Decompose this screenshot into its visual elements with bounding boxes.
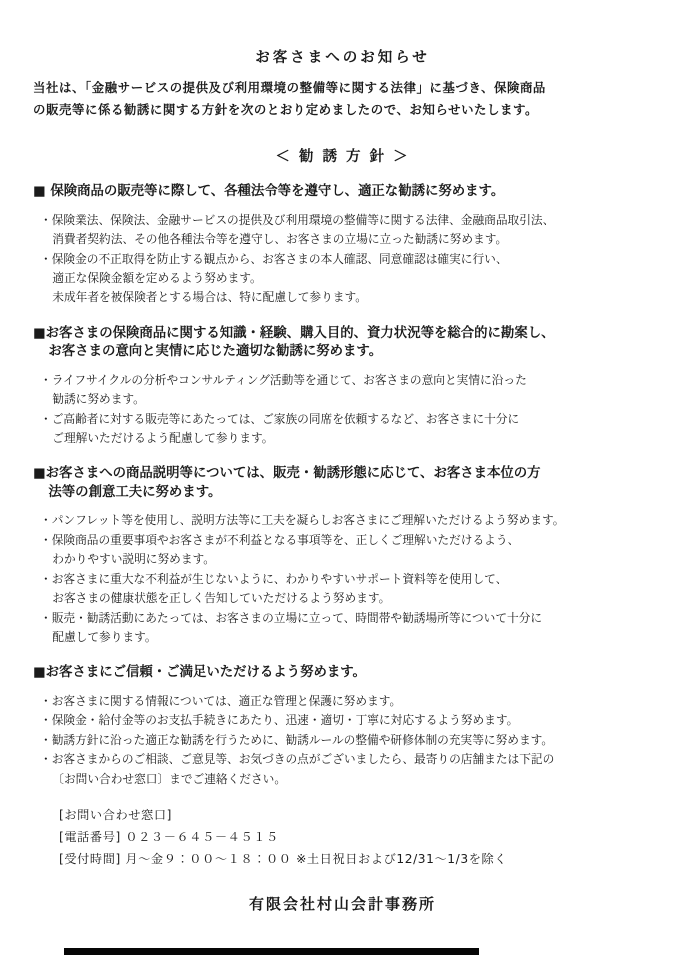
contact-block: [お問い合わせ窓口] [電話番号] ０２３－６４５－４５１５ [受付時間] 月～… xyxy=(59,804,652,871)
section-heading: ■お客さまにご信頼・ご満足いただけるよう努めます。 xyxy=(33,664,652,683)
bullet-item: ・ご高齢者に対する販売等にあたっては、ご家族の同席を依頼するなど、お客さまに十分… xyxy=(40,410,652,449)
bullet-item: ・勧誘方針に沿った適正な勧誘を行うために、勧誘ルールの整備や研修体制の充実等に努… xyxy=(40,731,652,750)
hours-label: [受付時間] xyxy=(59,852,121,866)
bullet-item: ・お客さまに関する情報については、適正な管理と保護に努めます。 xyxy=(40,692,652,711)
policy-heading: ＜ 勧 誘 方 針 ＞ xyxy=(33,145,652,166)
company-name: 有限会社村山会計事務所 xyxy=(33,893,652,914)
policy-sections: ■ 保険商品の販売等に際して、各種法令等を遵守し、適正な勧誘に努めます。 ・保険… xyxy=(33,183,652,789)
phone-label: [電話番号] xyxy=(59,830,121,844)
hours-value: 月～金９：００～１８：００ ※土日祝日および12/31～1/3を除く xyxy=(125,852,507,866)
section-heading: ■お客さまへの商品説明等については、販売・勧誘形態に応じて、お客さま本位の方 法… xyxy=(33,465,652,502)
scan-artifact-bar xyxy=(64,948,479,955)
contact-window-label: [お問い合わせ窓口] xyxy=(59,804,652,826)
policy-section: ■お客さまにご信頼・ご満足いただけるよう努めます。 ・お客さまに関する情報につい… xyxy=(33,664,652,789)
phone-number: ０２３－６４５－４５１５ xyxy=(125,830,278,844)
section-bullets: ・保険業法、保険法、金融サービスの提供及び利用環境の整備等に関する法律、金融商品… xyxy=(33,211,652,308)
bullet-item: ・保険金の不正取得を防止する観点から、お客さまの本人確認、同意確認は確実に行い、… xyxy=(40,250,652,308)
bullet-item: ・保険業法、保険法、金融サービスの提供及び利用環境の整備等に関する法律、金融商品… xyxy=(40,211,652,250)
bullet-item: ・ライフサイクルの分析やコンサルティング活動等を通じて、お客さまの意向と実情に沿… xyxy=(40,371,652,410)
policy-section: ■お客さまへの商品説明等については、販売・勧誘形態に応じて、お客さま本位の方 法… xyxy=(33,465,652,647)
section-bullets: ・パンフレット等を使用し、説明方法等に工夫を凝らしお客さまにご理解いただけるよう… xyxy=(33,511,652,647)
section-bullets: ・お客さまに関する情報については、適正な管理と保護に努めます。・保険金・給付金等… xyxy=(33,692,652,789)
bullet-item: ・保険金・給付金等のお支払手続きにあたり、迅速・適切・丁寧に対応するよう努めます… xyxy=(40,711,652,730)
bullet-item: ・お客さまからのご相談、ご意見等、お気づきの点がございましたら、最寄りの店舗また… xyxy=(40,750,652,789)
intro-paragraph: 当社は、「金融サービスの提供及び利用環境の整備等に関する法律」に基づき、保険商品… xyxy=(33,77,652,121)
bullet-item: ・販売・勧誘活動にあたっては、お客さまの立場に立って、時間帯や勧誘場所等について… xyxy=(40,609,652,648)
policy-section: ■ 保険商品の販売等に際して、各種法令等を遵守し、適正な勧誘に努めます。 ・保険… xyxy=(33,183,652,308)
contact-hours-line: [受付時間] 月～金９：００～１８：００ ※土日祝日および12/31～1/3を除… xyxy=(59,848,652,870)
section-heading: ■ 保険商品の販売等に際して、各種法令等を遵守し、適正な勧誘に努めます。 xyxy=(33,183,652,202)
section-bullets: ・ライフサイクルの分析やコンサルティング活動等を通じて、お客さまの意向と実情に沿… xyxy=(33,371,652,449)
bullet-item: ・お客さまに重大な不利益が生じないように、わかりやすいサポート資料等を使用して、… xyxy=(40,570,652,609)
page-title: お客さまへのお知らせ xyxy=(33,46,652,67)
notice-document: お客さまへのお知らせ 当社は、「金融サービスの提供及び利用環境の整備等に関する法… xyxy=(0,0,680,914)
section-heading: ■お客さまの保険商品に関する知識・経験、購入目的、資力状況等を総合的に勘案し、 … xyxy=(33,325,652,362)
policy-section: ■お客さまの保険商品に関する知識・経験、購入目的、資力状況等を総合的に勘案し、 … xyxy=(33,325,652,449)
bullet-item: ・保険商品の重要事項やお客さまが不利益となる事項等を、正しくご理解いただけるよう… xyxy=(40,531,652,570)
contact-phone-line: [電話番号] ０２３－６４５－４５１５ xyxy=(59,826,652,848)
bullet-item: ・パンフレット等を使用し、説明方法等に工夫を凝らしお客さまにご理解いただけるよう… xyxy=(40,511,652,530)
